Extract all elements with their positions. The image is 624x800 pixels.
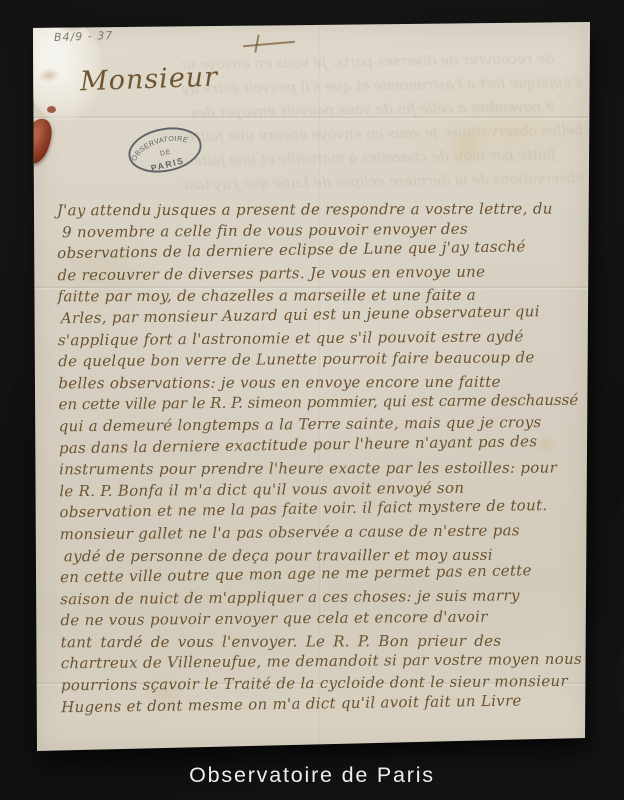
manuscript-paper-wrapper: B4/9 - 37 Monsieur OBSERVATOIRE DE PARIS… xyxy=(0,0,624,800)
archival-shelfmark: B4/9 - 37 xyxy=(54,29,114,44)
photograph-of-letter: B4/9 - 37 Monsieur OBSERVATOIRE DE PARIS… xyxy=(0,0,624,800)
cross-mark-horizontal-stroke xyxy=(243,41,295,47)
wax-seal-remnant xyxy=(19,116,55,167)
ink-bleed-through: de recouvrer de diverses parts. Je vous … xyxy=(182,47,585,204)
manuscript-line: instruments pour prendre l'heure exacte … xyxy=(59,458,587,481)
manuscript-page: B4/9 - 37 Monsieur OBSERVATOIRE DE PARIS… xyxy=(33,22,590,752)
manuscript-line: de recouvrer de diverses parts. Je vous … xyxy=(57,260,585,286)
manuscript-line: tant tardé de vous l'envoyer. Le R. P. B… xyxy=(61,630,589,653)
letter-body-text: J'ay attendu jusques a present de respon… xyxy=(57,196,590,719)
stamp-text-de: DE xyxy=(160,149,172,158)
manuscript-line: J'ay attendu jusques a present de respon… xyxy=(57,198,585,221)
manuscript-line: monsieur gallet ne l'a pas observée a ca… xyxy=(60,520,588,546)
photo-caption: Observatoire de Paris xyxy=(0,763,624,788)
wax-speck xyxy=(47,106,56,113)
manuscript-line: belles observations: je vous en envoye e… xyxy=(58,371,586,394)
manuscript-line: de ne vous pouvoir envoyer que cela et e… xyxy=(60,606,588,632)
manuscript-line: de quelque bon verre de Lunette pourroit… xyxy=(58,347,586,373)
